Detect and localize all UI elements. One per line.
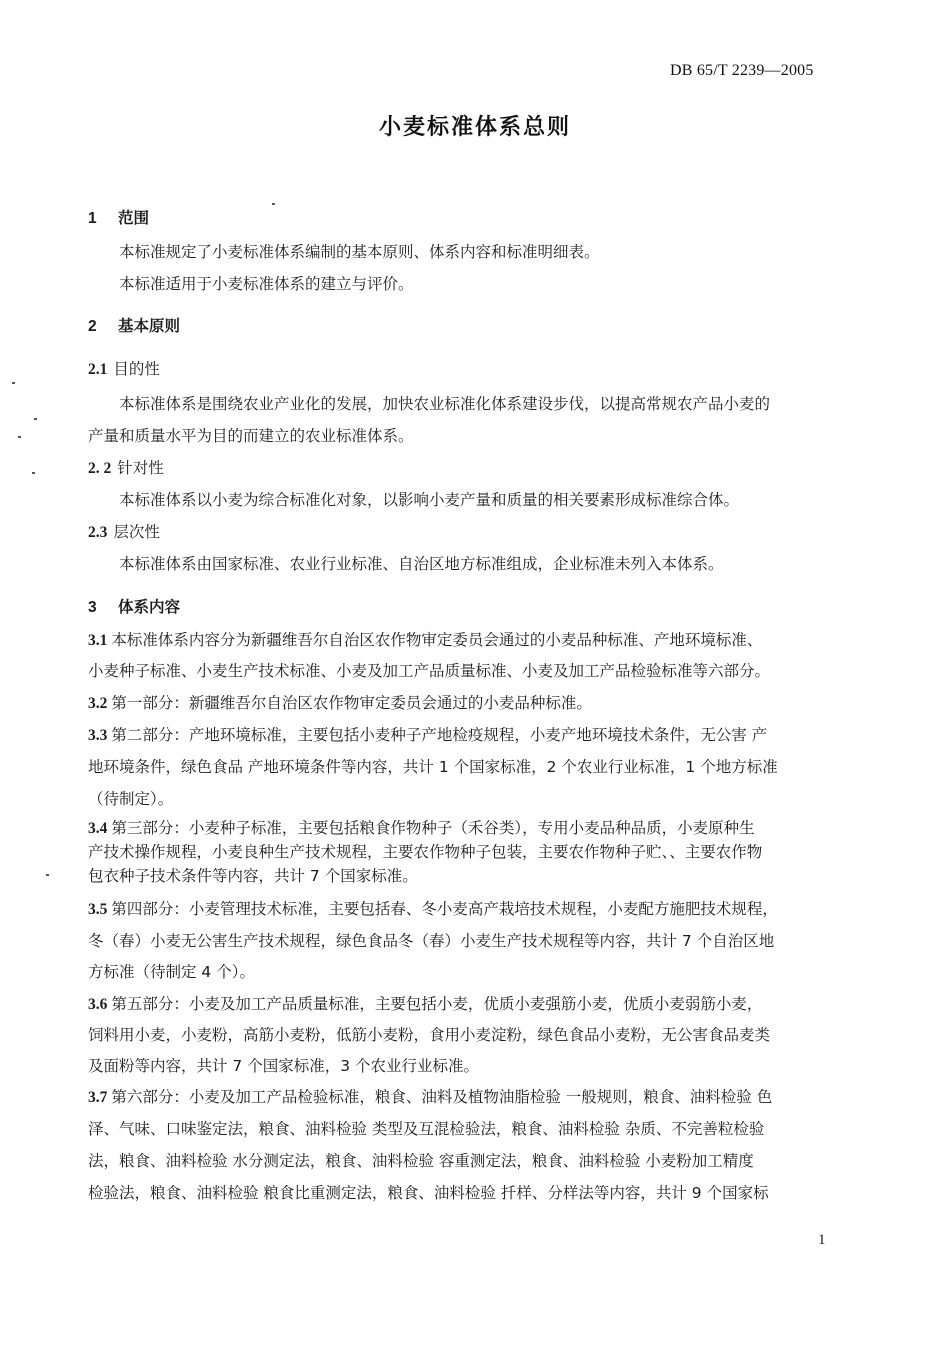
clause-3-6: 3.6第五部分：小麦及加工产品质量标准，主要包括小麦，优质小麦强筋小麦，优质小麦… — [88, 992, 762, 1014]
paragraph-line: 冬（春）小麦无公害生产技术规程，绿色食品冬（春）小麦生产技术规程等内容，共计 7… — [88, 929, 774, 951]
paragraph-line: 本标准体系以小麦为综合标准化对象，以影响小麦产量和质量的相关要素形成标准综合体。 — [119, 488, 739, 510]
clause-number: 3.2 — [88, 695, 107, 712]
subsection-2-2-heading: 2. 2针对性 — [88, 456, 164, 478]
clause-3-5: 3.5第四部分：小麦管理技术标准，主要包括春、冬小麦高产栽培技术规程，小麦配方施… — [88, 897, 778, 919]
clause-3-3: 3.3第二部分：产地环境标准，主要包括小麦种子产地检疫规程，小麦产地环境技术条件… — [88, 723, 767, 745]
clause-3-2: 3.2第一部分：新疆维吾尔自治区农作物审定委员会通过的小麦品种标准。 — [88, 691, 592, 713]
paragraph-line: 包衣种子技术条件等内容，共计 7 个国家标准。 — [88, 864, 418, 886]
clause-number: 3.4 — [88, 820, 107, 837]
clause-number: 3.7 — [88, 1089, 107, 1106]
paragraph-line: 地环境条件，绿色食品 产地环境条件等内容，共计 1 个国家标准，2 个农业行业标… — [88, 755, 778, 777]
scan-speck — [18, 436, 21, 438]
clause-number: 3.6 — [88, 996, 107, 1013]
clause-text: 第一部分：新疆维吾尔自治区农作物审定委员会通过的小麦品种标准。 — [111, 694, 592, 712]
subsection-2-1-heading: 2.1目的性 — [88, 357, 160, 379]
paragraph-line: 检验法，粮食、油料检验 粮食比重测定法，粮食、油料检验 扦样、分样法等内容，共计… — [88, 1181, 769, 1203]
paragraph-line: 产量和质量水平为目的而建立的农业标准体系。 — [88, 424, 414, 446]
section-title: 范围 — [118, 209, 149, 227]
paragraph: 本标准适用于小麦标准体系的建立与评价。 — [119, 272, 414, 294]
clause-number: 3.5 — [88, 901, 107, 918]
section-3-heading: 3体系内容 — [88, 595, 180, 617]
standard-code: DB 65/T 2239—2005 — [670, 62, 814, 80]
subsection-number: 2. 2 — [88, 460, 111, 477]
paragraph-line: （待制定）。 — [88, 787, 173, 809]
paragraph-line: 饲料用小麦，小麦粉，高筋小麦粉，低筋小麦粉，食用小麦淀粉，绿色食品小麦粉，无公害… — [88, 1023, 770, 1045]
scan-speck — [32, 472, 35, 474]
clause-3-7: 3.7第六部分：小麦及加工产品检验标准，粮食、油料及植物油脂检验 一般规则，粮食… — [88, 1085, 772, 1107]
subsection-title: 目的性 — [113, 360, 160, 378]
paragraph-line: 方标准（待制定 4 个）。 — [88, 960, 255, 982]
paragraph-line: 本标准体系由国家标准、农业行业标准、自治区地方标准组成，企业标准未列入本体系。 — [119, 552, 724, 574]
section-2-heading: 2基本原则 — [88, 314, 180, 336]
section-1-heading: 1范围 — [88, 206, 149, 228]
section-number: 1 — [88, 210, 118, 228]
document-page: DB 65/T 2239—2005 小麦标准体系总则 1范围 本标准规定了小麦标… — [0, 0, 950, 1345]
clause-number: 3.3 — [88, 727, 107, 744]
scan-speck — [46, 874, 49, 876]
paragraph-line: 本标准体系是围绕农业产业化的发展，加快农业标准化体系建设步伐，以提高常规农产品小… — [119, 392, 770, 414]
subsection-title: 针对性 — [117, 459, 164, 477]
clause-text: 第三部分：小麦种子标准，主要包括粮食作物种子（禾谷类），专用小麦品种品质，小麦原… — [111, 819, 754, 837]
subsection-2-3-heading: 2.3层次性 — [88, 520, 160, 542]
scan-speck — [272, 203, 275, 205]
clause-text: 第五部分：小麦及加工产品质量标准，主要包括小麦，优质小麦强筋小麦，优质小麦弱筋小… — [111, 995, 762, 1013]
paragraph-line: 产技术操作规程，小麦良种生产技术规程，主要农作物种子包装，主要农作物种子贮、、主… — [88, 840, 762, 862]
document-title: 小麦标准体系总则 — [0, 110, 950, 141]
clause-text: 第六部分：小麦及加工产品检验标准，粮食、油料及植物油脂检验 一般规则，粮食、油料… — [111, 1088, 772, 1106]
clause-text: 本标准体系内容分为新疆维吾尔自治区农作物审定委员会通过的小麦品种标准、产地环境标… — [111, 631, 762, 649]
clause-3-1: 3.1本标准体系内容分为新疆维吾尔自治区农作物审定委员会通过的小麦品种标准、产地… — [88, 628, 762, 650]
section-title: 体系内容 — [118, 598, 180, 616]
clause-3-4: 3.4第三部分：小麦种子标准，主要包括粮食作物种子（禾谷类），专用小麦品种品质，… — [88, 816, 755, 838]
paragraph-line: 及面粉等内容，共计 7 个国家标准，3 个农业行业标准。 — [88, 1054, 479, 1076]
paragraph: 本标准规定了小麦标准体系编制的基本原则、体系内容和标准明细表。 — [119, 240, 600, 262]
paragraph-line: 泽、气味、口味鉴定法，粮食、油料检验 类型及互混检验法，粮食、油料检验 杂质、不… — [88, 1117, 764, 1139]
clause-text: 第二部分：产地环境标准，主要包括小麦种子产地检疫规程，小麦产地环境技术条件，无公… — [111, 726, 767, 744]
clause-text: 第四部分：小麦管理技术标准，主要包括春、冬小麦高产栽培技术规程，小麦配方施肥技术… — [111, 900, 778, 918]
paragraph-line: 小麦种子标准、小麦生产技术标准、小麦及加工产品质量标准、小麦及加工产品检验标准等… — [88, 659, 770, 681]
paragraph-line: 法，粮食、油料检验 水分测定法，粮食、油料检验 容重测定法，粮食、油料检验 小麦… — [88, 1149, 754, 1171]
subsection-number: 2.3 — [88, 524, 107, 541]
scan-speck — [34, 418, 37, 420]
scan-speck — [12, 382, 15, 384]
clause-number: 3.1 — [88, 632, 107, 649]
subsection-number: 2.1 — [88, 361, 107, 378]
subsection-title: 层次性 — [113, 523, 160, 541]
section-title: 基本原则 — [118, 317, 180, 335]
section-number: 2 — [88, 318, 118, 336]
page-number: 1 — [818, 1232, 826, 1249]
section-number: 3 — [88, 599, 118, 617]
